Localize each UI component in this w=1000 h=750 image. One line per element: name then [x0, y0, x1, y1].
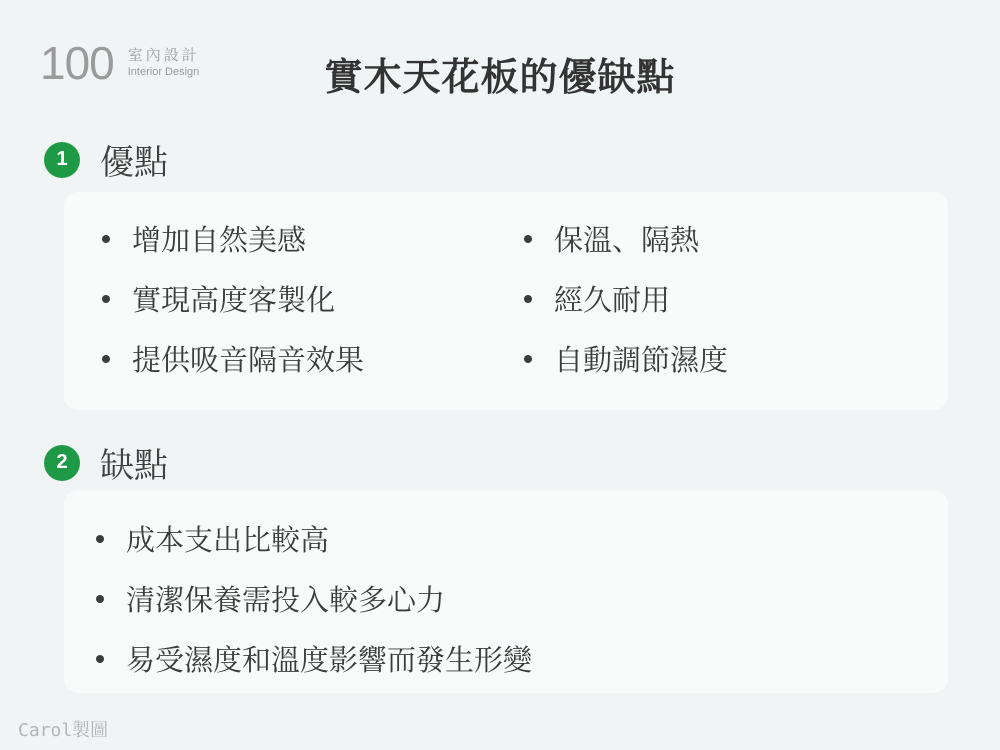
list-item: 經久耐用	[524, 278, 670, 319]
page-title: 實木天花板的優缺點	[0, 46, 1000, 101]
number-badge-1: 1	[44, 142, 80, 178]
list-item: 清潔保養需投入較多心力	[96, 578, 445, 619]
section-header-pros: 1 優點	[44, 135, 168, 184]
bullet-icon	[102, 295, 110, 303]
list-item: 增加自然美感	[102, 218, 306, 259]
bullet-icon	[102, 355, 110, 363]
list-item: 實現高度客製化	[102, 278, 335, 319]
pros-card: 增加自然美感 實現高度客製化 提供吸音隔音效果 保溫、隔熱 經久耐用 自動調節濕…	[64, 192, 948, 410]
list-item: 保溫、隔熱	[524, 218, 699, 259]
bullet-icon	[96, 655, 104, 663]
list-item: 提供吸音隔音效果	[102, 338, 364, 379]
bullet-icon	[96, 595, 104, 603]
footer-credit: Carol製圖	[18, 716, 108, 742]
bullet-icon	[102, 235, 110, 243]
bullet-icon	[524, 235, 532, 243]
cons-card: 成本支出比較高 清潔保養需投入較多心力 易受濕度和溫度影響而發生形變	[64, 490, 948, 693]
bullet-icon	[524, 295, 532, 303]
section-label-pros: 優點	[100, 135, 168, 184]
section-label-cons: 缺點	[100, 438, 168, 487]
list-item: 成本支出比較高	[96, 518, 329, 559]
list-item: 易受濕度和溫度影響而發生形變	[96, 638, 532, 679]
list-item: 自動調節濕度	[524, 338, 728, 379]
number-badge-2: 2	[44, 445, 80, 481]
bullet-icon	[96, 535, 104, 543]
bullet-icon	[524, 355, 532, 363]
section-header-cons: 2 缺點	[44, 438, 168, 487]
